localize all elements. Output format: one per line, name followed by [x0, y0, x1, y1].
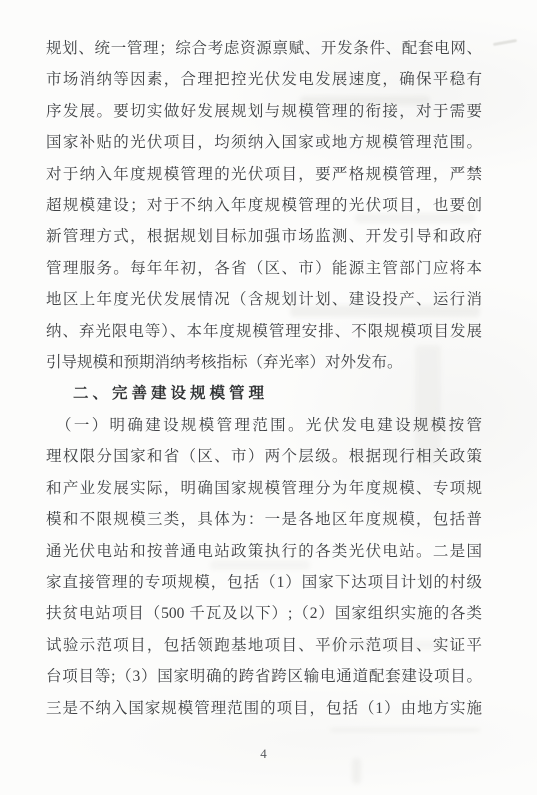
text-line: 地区上年度光伏发展情况（含规划计划、建设投产、运行消: [46, 284, 482, 315]
text-line: 规划、统一管理；综合考虑资源禀赋、开发条件、配套电网、: [46, 33, 482, 64]
text-line: 和产业发展实际，明确国家规模管理分为年度规模、专项规: [46, 473, 482, 504]
text-line: 通光伏电站和按普通电站政策执行的各类光伏电站。二是国: [46, 536, 482, 567]
page-number: 4: [46, 746, 482, 762]
text-line: 对于纳入年度规模管理的光伏项目，要严格规模管理，严禁: [46, 159, 482, 190]
text-line: 三是不纳入国家规模管理范围的项目，包括（1）由地方实施: [46, 693, 482, 724]
text-line: 家直接管理的专项规模，包括（1）国家下达项目计划的村级: [46, 567, 482, 598]
text-line: 国家补贴的光伏项目，均须纳入国家或地方规模管理范围。: [46, 127, 482, 158]
text-line: 纳、弃光限电等）、本年度规模管理安排、不限规模项目发展: [46, 316, 482, 347]
text-line: 引导规模和预期消纳考核指标（弃光率）对外发布。: [46, 347, 482, 378]
text-line: 新管理方式，根据规划目标加强市场监测、开发引导和政府: [46, 221, 482, 252]
text-line: 市场消纳等因素，合理把控光伏发电发展速度，确保平稳有: [46, 64, 482, 95]
text-line: 超规模建设；对于不纳入年度规模管理的光伏项目，也要创: [46, 190, 482, 221]
document-page: 规划、统一管理；综合考虑资源禀赋、开发条件、配套电网、市场消纳等因素，合理把控光…: [0, 0, 537, 795]
document-text: 规划、统一管理；综合考虑资源禀赋、开发条件、配套电网、市场消纳等因素，合理把控光…: [46, 33, 482, 724]
scan-artifact: [330, 728, 480, 732]
text-line: （一）明确建设规模管理范围。光伏发电建设规模按管: [46, 410, 482, 441]
text-line: 试验示范项目，包括领跑基地项目、平价示范项目、实证平: [46, 630, 482, 661]
text-line: 台项目等;（3）国家明确的跨省跨区输电通道配套建设项目。: [46, 661, 482, 692]
text-line: 序发展。要切实做好发展规划与规模管理的衔接，对于需要: [46, 96, 482, 127]
scan-artifact: [493, 39, 517, 46]
text-line: 管理服务。每年年初，各省（区、市）能源主管部门应将本: [46, 253, 482, 284]
text-line: 模和不限规模三类，具体为：一是各地区年度规模，包括普: [46, 504, 482, 535]
section-heading: 二、完善建设规模管理: [46, 378, 482, 409]
text-line: 理权限分国家和省（区、市）两个层级。根据现行相关政策: [46, 441, 482, 472]
text-line: 扶贫电站项目（500 千瓦及以下）;（2）国家组织实施的各类: [46, 598, 482, 629]
